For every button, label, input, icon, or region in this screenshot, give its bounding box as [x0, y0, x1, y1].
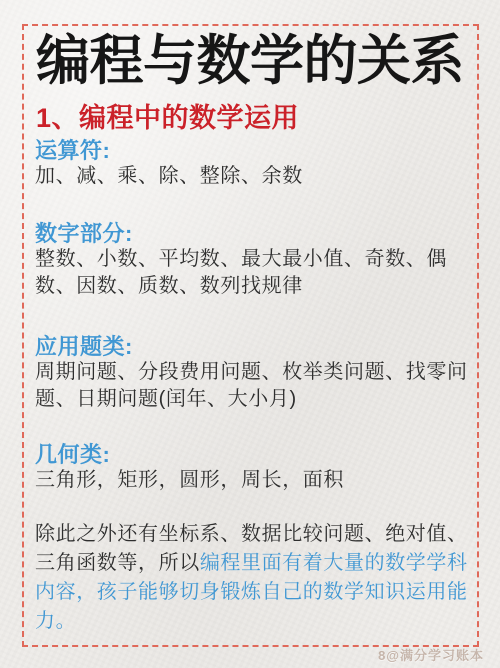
- section-heading: 1、编程中的数学运用: [36, 103, 465, 133]
- closing-paragraph: 除此之外还有坐标系、数据比较问题、绝对值、 三角函数等，所以编程里面有着大量的数…: [35, 520, 465, 636]
- group-numbers: 数字部分: 整数、小数、平均数、最大最小值、奇数、偶 数、因数、质数、数列找规律: [35, 221, 465, 300]
- group-numbers-label: 数字部分:: [35, 221, 465, 246]
- group-word-problems-label: 应用题类:: [35, 334, 465, 359]
- dashed-frame: 编程与数学的关系 1、编程中的数学运用 运算符: 加、减、乘、除、整除、余数 数…: [22, 24, 479, 647]
- group-operators-body: 加、减、乘、除、整除、余数: [35, 163, 465, 190]
- group-word-problems: 应用题类: 周期问题、分段费用问题、枚举类问题、找零问 题、日期问题(闰年、大小…: [35, 334, 465, 413]
- closing-line-1-text: 除此之外还有坐标系、数据比较问题、绝对值、: [35, 523, 468, 545]
- group-word-problems-body: 周期问题、分段费用问题、枚举类问题、找零问 题、日期问题(闰年、大小月): [35, 359, 465, 413]
- closing-line-1: 除此之外还有坐标系、数据比较问题、绝对值、: [35, 520, 465, 549]
- group-geometry: 几何类: 三角形，矩形，圆形，周长，面积: [35, 442, 465, 494]
- group-operators: 运算符: 加、减、乘、除、整除、余数: [35, 138, 465, 190]
- closing-line-4-highlight-text: 力。: [35, 610, 76, 632]
- closing-line-2-highlight-text: 编程里面有着大量的数学学科: [200, 552, 468, 574]
- group-numbers-body: 整数、小数、平均数、最大最小值、奇数、偶 数、因数、质数、数列找规律: [35, 246, 465, 300]
- closing-line-2: 三角函数等，所以编程里面有着大量的数学学科: [35, 549, 465, 578]
- closing-line-3: 内容，孩子能够切身锻炼自己的数学知识运用能: [35, 578, 465, 607]
- closing-line-3-highlight-text: 内容，孩子能够切身锻炼自己的数学知识运用能: [35, 581, 468, 603]
- page-title: 编程与数学的关系: [35, 30, 465, 92]
- closing-line-4: 力。: [35, 607, 465, 636]
- watermark: 8@满分学习账本: [378, 645, 484, 664]
- group-geometry-body: 三角形，矩形，圆形，周长，面积: [35, 467, 465, 494]
- group-geometry-label: 几何类:: [35, 442, 465, 467]
- group-operators-label: 运算符:: [35, 138, 465, 163]
- closing-line-2-dark-text: 三角函数等，所以: [35, 552, 200, 574]
